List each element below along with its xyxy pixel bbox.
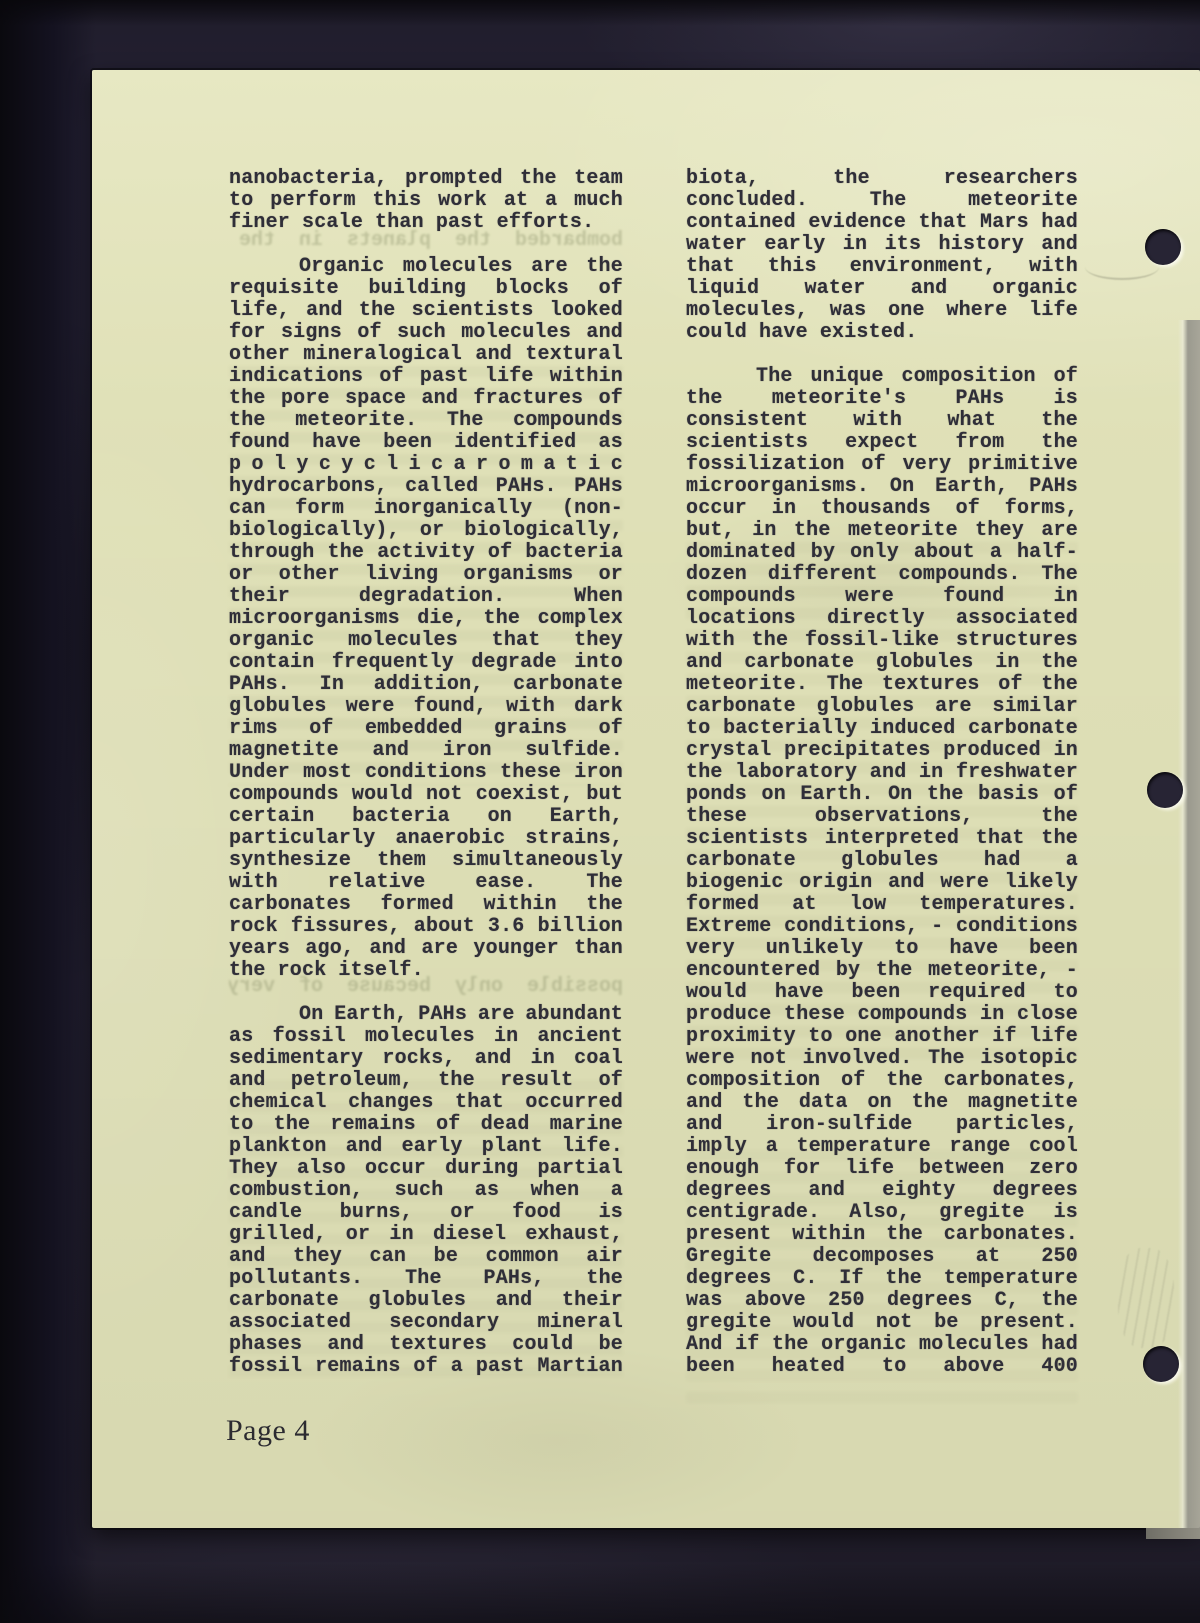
column-left: nanobacteria,promptedtheteamtoperformthi… xyxy=(229,168,623,1378)
text-line: carbonateglobuleshada xyxy=(686,850,1078,872)
text-line: gregitewouldnotbepresent. xyxy=(686,1312,1078,1334)
paragraph: OnEarth,PAHsareabundantasfossilmolecules… xyxy=(229,1004,623,1378)
text-line: compoundswerefoundin xyxy=(686,586,1078,608)
text-line: dominatedbyonlyaboutahalf- xyxy=(686,542,1078,564)
text-line: couldhaveexisted. xyxy=(686,322,1078,344)
paragraph: nanobacteria,promptedtheteamtoperformthi… xyxy=(229,168,623,234)
underlying-page-corner xyxy=(1146,1528,1200,1539)
hole-punch-middle xyxy=(1147,772,1183,808)
text-line: carbonateglobulesandtheir xyxy=(229,1290,623,1312)
text-line: combustion,suchaswhena xyxy=(229,1180,623,1202)
text-line: Theuniquecompositionof xyxy=(686,366,1078,388)
binder-shadow xyxy=(0,0,96,1623)
text-line: werenotinvolved.Theisotopic xyxy=(686,1048,1078,1070)
text-line: fossilremainsofapastMartian xyxy=(229,1356,623,1378)
crease-mark xyxy=(1085,254,1159,280)
text-line: rockfissures,about3.6billion xyxy=(229,916,623,938)
text-line: themeteorite'sPAHsis xyxy=(686,388,1078,410)
pencil-smudges xyxy=(1118,1248,1174,1348)
text-line: presentwithinthecarbonates. xyxy=(686,1224,1078,1246)
top-edge-shadow xyxy=(0,0,1200,26)
text-line: carbonateglobulesaresimilar xyxy=(686,696,1078,718)
text-line: occurinthousandsofforms, xyxy=(686,498,1078,520)
text-line: biogenicoriginandwerelikely xyxy=(686,872,1078,894)
text-line: polycyclicaromatic xyxy=(229,454,623,476)
column-right: biota,theresearchersconcluded.Themeteori… xyxy=(686,168,1078,1378)
text-line: andpetroleum,theresultof xyxy=(229,1070,623,1092)
text-line: carbonatesformedwithinthe xyxy=(229,894,623,916)
paper-sheet: bombarded the planets in the possible on… xyxy=(92,70,1200,1528)
text-line: producethesecompoundsinclose xyxy=(686,1004,1078,1026)
text-line: othermineralogicalandtextural xyxy=(229,344,623,366)
text-line: compoundswouldnotcoexist,but xyxy=(229,784,623,806)
text-line: planktonandearlyplantlife. xyxy=(229,1136,623,1158)
text-line: encounteredbythemeteorite,- xyxy=(686,960,1078,982)
underlying-page-edge xyxy=(1178,320,1200,1536)
bottom-edge-shadow xyxy=(0,1563,1200,1623)
text-line: Organicmoleculesarethe xyxy=(229,256,623,278)
text-line: molecules,wasonewherelife xyxy=(686,300,1078,322)
text-line: containfrequentlydegradeinto xyxy=(229,652,623,674)
text-line: liquidwaterandorganic xyxy=(686,278,1078,300)
text-line: scientistsexpectfromthe xyxy=(686,432,1078,454)
text-line: sedimentaryrocks,andincoal xyxy=(229,1048,623,1070)
text-line: formedatlowtemperatures. xyxy=(686,894,1078,916)
text-line: themeteorite.Thecompounds xyxy=(229,410,623,432)
text-line: andthedataonthemagnetite xyxy=(686,1092,1078,1114)
text-line: theseobservations,the xyxy=(686,806,1078,828)
text-line: thelaboratoryandinfreshwater xyxy=(686,762,1078,784)
text-line: pondsonEarth.Onthebasisof xyxy=(686,784,1078,806)
text-line: Gregitedecomposesat250 xyxy=(686,1246,1078,1268)
text-line: toperformthisworkatamuch xyxy=(229,190,623,212)
text-line: beenheatedtoabove400 xyxy=(686,1356,1078,1378)
text-line: Theyalsooccurduringpartial xyxy=(229,1158,623,1180)
text-line: chemicalchangesthatoccurred xyxy=(229,1092,623,1114)
text-line: forsignsofsuchmoleculesand xyxy=(229,322,623,344)
text-line: hydrocarbons,calledPAHs.PAHs xyxy=(229,476,623,498)
hole-punch-bottom xyxy=(1143,1346,1179,1382)
text-line: meteorite.Thetexturesofthe xyxy=(686,674,1078,696)
text-line: compositionofthecarbonates, xyxy=(686,1070,1078,1092)
page-number: Page 4 xyxy=(226,1414,310,1448)
text-line: biota,theresearchers xyxy=(686,168,1078,190)
text-line: phasesandtexturescouldbe xyxy=(229,1334,623,1356)
text-line: Andiftheorganicmoleculeshad xyxy=(686,1334,1078,1356)
text-line: foundhavebeenidentifiedas xyxy=(229,432,623,454)
text-line: requisitebuildingblocksof xyxy=(229,278,623,300)
text-line: microorganismsdie,thecomplex xyxy=(229,608,623,630)
text-line: pollutants.ThePAHs,the xyxy=(229,1268,623,1290)
text-line: wouldhavebeenrequiredto xyxy=(686,982,1078,1004)
text-line: totheremainsofdeadmarine xyxy=(229,1114,623,1136)
text-line: fossilizationofveryprimitive xyxy=(686,454,1078,476)
text-line: PAHs.Inaddition,carbonate xyxy=(229,674,623,696)
text-line: enoughforlifebetweenzero xyxy=(686,1158,1078,1180)
text-line: wasabove250degreesC,the xyxy=(686,1290,1078,1312)
text-line: microorganisms.OnEarth,PAHs xyxy=(686,476,1078,498)
text-line: consistentwithwhatthe xyxy=(686,410,1078,432)
text-line: andcarbonateglobulesinthe xyxy=(686,652,1078,674)
text-line: andtheycanbecommonair xyxy=(229,1246,623,1268)
paragraph: Theuniquecompositionofthemeteorite'sPAHs… xyxy=(686,366,1078,1378)
text-line: theirdegradation.When xyxy=(229,586,623,608)
text-line: throughtheactivityofbacteria xyxy=(229,542,623,564)
text-line: globuleswerefound,withdark xyxy=(229,696,623,718)
text-line: biologically),orbiologically, xyxy=(229,520,623,542)
text-line: yearsago,andareyoungerthan xyxy=(229,938,623,960)
text-line: therockitself. xyxy=(229,960,623,982)
text-line: degreesandeightydegrees xyxy=(686,1180,1078,1202)
text-line: implyatemperaturerangecool xyxy=(686,1136,1078,1158)
text-line: Undermostconditionstheseiron xyxy=(229,762,623,784)
text-line: life,andthescientistslooked xyxy=(229,300,623,322)
text-line: canforminorganically(non- xyxy=(229,498,623,520)
text-line: dozendifferentcompounds.The xyxy=(686,564,1078,586)
text-line: crystalprecipitatesproducedin xyxy=(686,740,1078,762)
text-line: scientistsinterpretedthatthe xyxy=(686,828,1078,850)
text-line: grilled,orindieselexhaust, xyxy=(229,1224,623,1246)
text-line: but,inthemeteoritetheyare xyxy=(686,520,1078,542)
text-line: rimsofembeddedgrainsof xyxy=(229,718,623,740)
text-line: concluded.Themeteorite xyxy=(686,190,1078,212)
text-line: centigrade.Also,gregiteis xyxy=(686,1202,1078,1224)
text-line: asfossilmoleculesinancient xyxy=(229,1026,623,1048)
text-line: OnEarth,PAHsareabundant xyxy=(229,1004,623,1026)
paragraph: biota,theresearchersconcluded.Themeteori… xyxy=(686,168,1078,344)
text-line: finerscalethanpastefforts. xyxy=(229,212,623,234)
text-line: candleburns,orfoodis xyxy=(229,1202,623,1224)
text-line: withthefossil-likestructures xyxy=(686,630,1078,652)
text-line: tobacteriallyinducedcarbonate xyxy=(686,718,1078,740)
text-line: certainbacteriaonEarth, xyxy=(229,806,623,828)
scanned-document-photo: bombarded the planets in the possible on… xyxy=(0,0,1200,1623)
text-line: associatedsecondarymineral xyxy=(229,1312,623,1334)
text-line: indicationsofpastlifewithin xyxy=(229,366,623,388)
paragraph: Organicmoleculesaretherequisitebuildingb… xyxy=(229,256,623,982)
text-line: synthesizethemsimultaneously xyxy=(229,850,623,872)
text-line: containedevidencethatMarshad xyxy=(686,212,1078,234)
text-line: veryunlikelytohavebeen xyxy=(686,938,1078,960)
text-line: nanobacteria,promptedtheteam xyxy=(229,168,623,190)
text-line: locationsdirectlyassociated xyxy=(686,608,1078,630)
text-line: particularlyanaerobicstrains, xyxy=(229,828,623,850)
text-line: organicmoleculesthatthey xyxy=(229,630,623,652)
text-line: Extremeconditions,-conditions xyxy=(686,916,1078,938)
text-line: andiron-sulfideparticles, xyxy=(686,1114,1078,1136)
text-line: withrelativeease.The xyxy=(229,872,623,894)
text-line: theporespaceandfracturesof xyxy=(229,388,623,410)
text-line: magnetiteandironsulfide. xyxy=(229,740,623,762)
text-line: orotherlivingorganismsor xyxy=(229,564,623,586)
text-line: thatthisenvironment,with xyxy=(686,256,1078,278)
text-line: degreesC.Ifthetemperature xyxy=(686,1268,1078,1290)
text-line: waterearlyinitshistoryand xyxy=(686,234,1078,256)
text-line: proximitytooneanotheriflife xyxy=(686,1026,1078,1048)
